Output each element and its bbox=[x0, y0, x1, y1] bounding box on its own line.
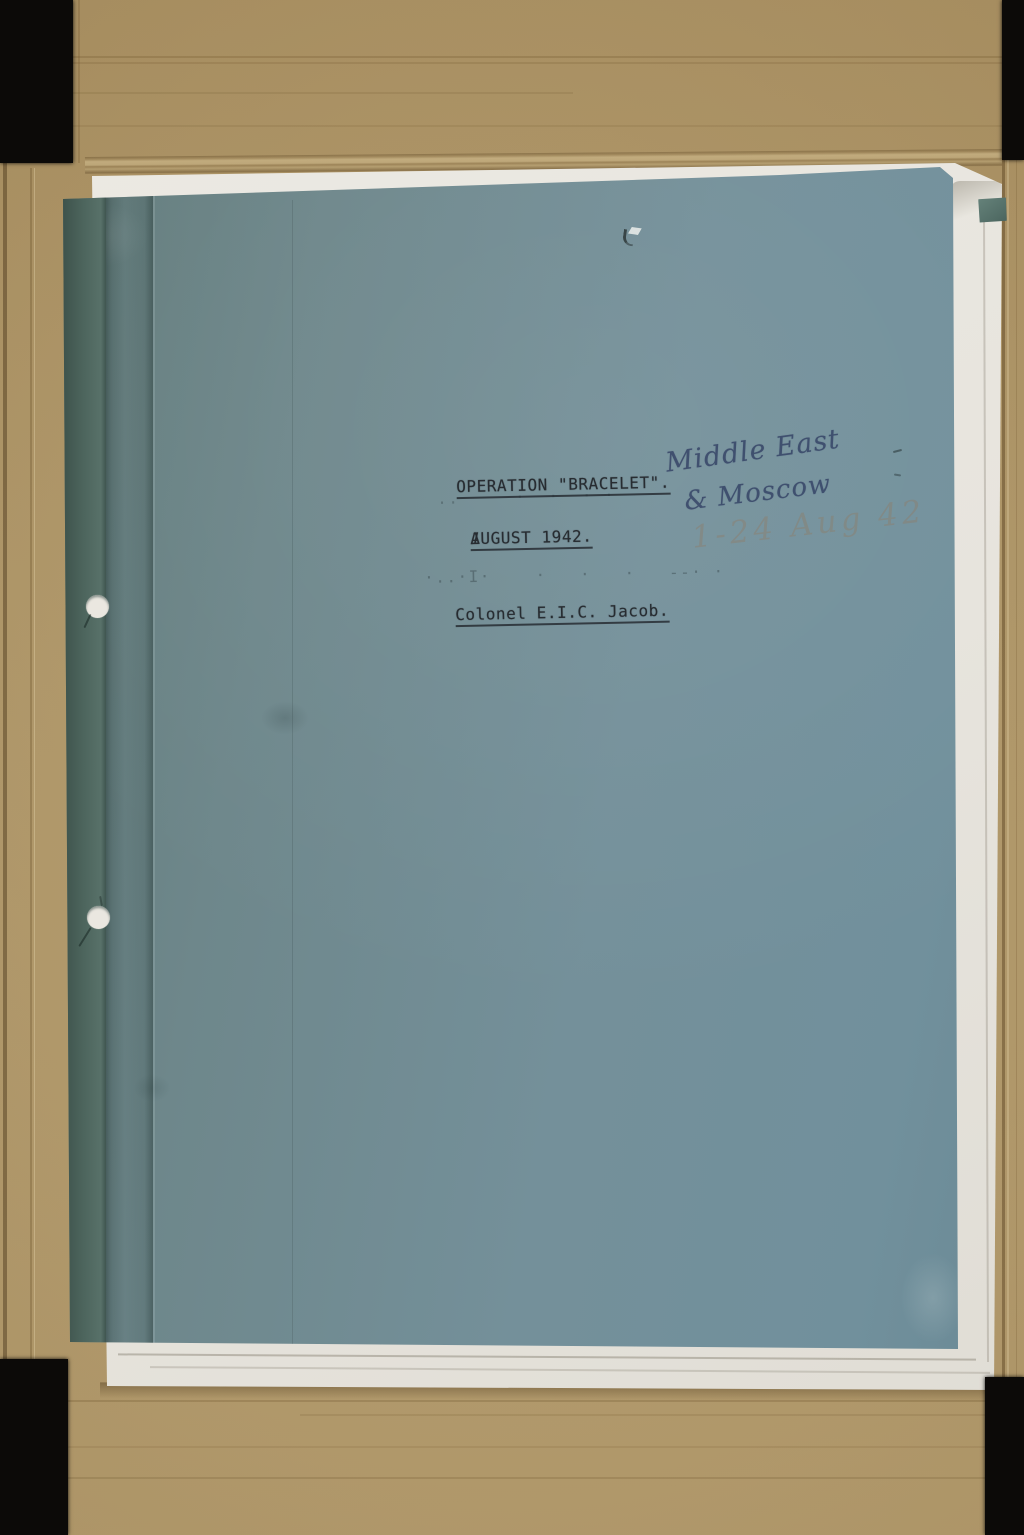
spine-fold-strip bbox=[106, 190, 153, 1348]
folder-crease-line bbox=[73, 56, 1002, 58]
folder-fold-line bbox=[34, 168, 35, 1359]
blue-cover bbox=[0, 0, 1024, 1535]
spine-fold-edge bbox=[153, 190, 155, 1348]
typed-author: Colonel E.I.C. Jacob. bbox=[414, 591, 456, 640]
folder-crease-line bbox=[73, 92, 573, 94]
scanned-page: OPERATION "BRACELET". .. · · · · 1AUGUST… bbox=[0, 0, 1024, 1535]
typed-date: 1AUGUST 1942. bbox=[429, 515, 471, 564]
folder-fold-line bbox=[3, 163, 7, 1359]
ghost-text: .. · · · · bbox=[437, 487, 615, 507]
cover-spine bbox=[63, 195, 106, 1347]
scanner-bed-corner-bottom-left bbox=[0, 1359, 68, 1535]
folder-crease-line bbox=[68, 1446, 985, 1448]
folder-fold-line bbox=[1007, 160, 1009, 1377]
folder-crease-line bbox=[300, 1414, 985, 1416]
scanner-bed-corner-top-left bbox=[0, 0, 73, 163]
scuff-mark bbox=[618, 223, 643, 252]
punch-hole bbox=[87, 906, 110, 929]
folder-crease-line bbox=[73, 62, 1002, 64]
scuff-highlight bbox=[628, 227, 642, 235]
folder-crease-line bbox=[73, 125, 1002, 127]
typed-date-text: AUGUST 1942. bbox=[470, 529, 593, 552]
cover-crease-line bbox=[292, 200, 293, 1345]
folder-fold-line bbox=[1016, 160, 1017, 1377]
scanner-bed-corner-bottom-right bbox=[985, 1377, 1024, 1535]
folder-fold-line bbox=[78, 0, 80, 163]
folder-fold-line bbox=[1002, 160, 1005, 1377]
scanner-bed-corner-top-right bbox=[1002, 0, 1024, 160]
folder-crease-line bbox=[68, 1477, 985, 1479]
folder-fold-line bbox=[30, 168, 32, 1359]
